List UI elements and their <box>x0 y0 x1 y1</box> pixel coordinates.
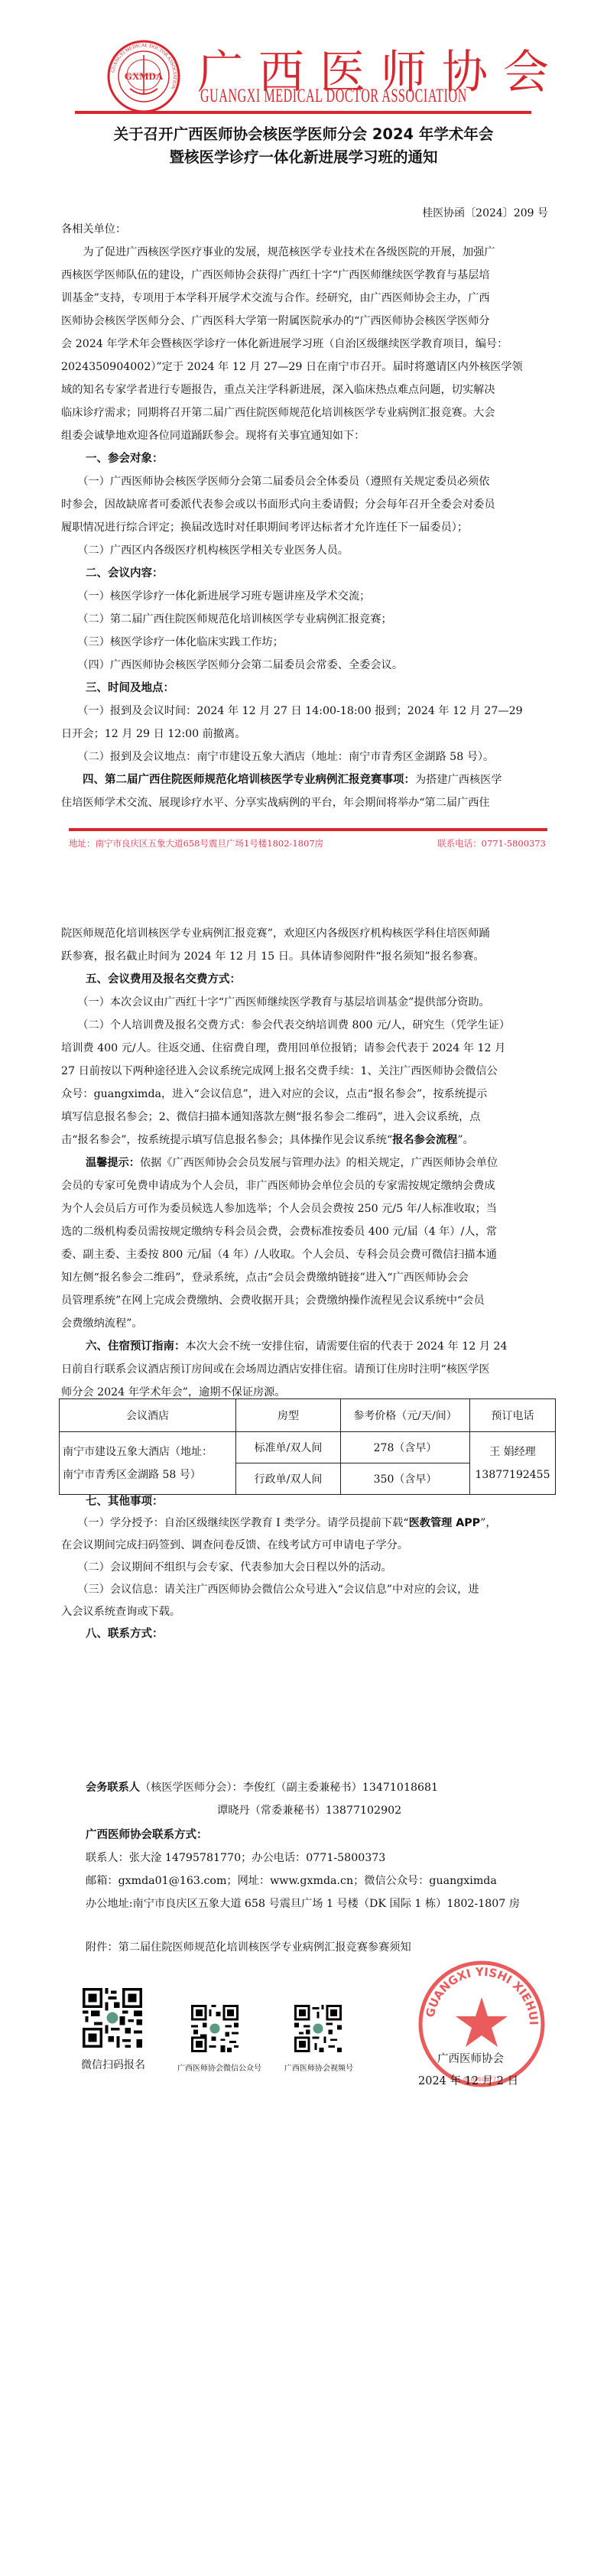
signature-org: 广西医师协会 <box>437 2050 504 2066</box>
text-line: 跃参赛，报名截止时间为 2024 年 12 月 15 日。具体请参阅附件“报名须… <box>61 950 485 963</box>
qr-code-video-channel[interactable] <box>294 2005 342 2052</box>
section-5-heading: 五、会议费用及报名交费方式： <box>86 973 241 986</box>
text-line: （三）核医学诊疗一体化临床实践工作坊； <box>61 635 284 649</box>
hotel-address: 南宁市青秀区金湖路 58 号） <box>63 1463 232 1486</box>
text-line: （一）核医学诊疗一体化新进展学习班专题讲座及学术交流； <box>61 590 370 603</box>
notice-title-line2: 暨核医学诊疗一体化新进展学习班的通知 <box>46 148 561 167</box>
footer-address: 地址：南宁市良庆区五象大道658号震旦广场1号楼1802-1807房 <box>69 837 323 849</box>
text-line: （一）报到及会议时间：2024 年 12 月 27 日 14:00-18:00 … <box>61 704 523 718</box>
booking-contact-phone: 13877192455 <box>473 1463 552 1486</box>
section-3-heading: 三、时间及地点： <box>86 681 174 695</box>
text-span: ”。 <box>457 1134 473 1146</box>
svg-text:GXMDA: GXMDA <box>125 70 164 82</box>
text-line: 选的二级机构委员需按规定缴纳专科会员会费，会费标准按委员 400 元/届（4 年… <box>61 1225 497 1239</box>
text-line: 组委会诚挚地欢迎各位同道踊跃参会。现将有关事宜通知如下： <box>61 429 365 443</box>
room-price: 350（含早） <box>341 1463 470 1495</box>
contact-email-web-line: 邮箱：gxmda01@163.com；网址：www.gxmda.cn；微信公众号… <box>86 1874 497 1888</box>
text-line: （二）报到及会议地点：南宁市建设五象大酒店（地址：南宁市青秀区金湖路 58 号）… <box>61 750 494 764</box>
text-line: 办公地址:南宁市良庆区五象大道 658 号震旦广场 1 号楼（DK 国际 1 栋… <box>86 1897 520 1911</box>
text-span: （核医学医师分会）：李俊红（副主委兼秘书）13471018681 <box>140 1782 438 1794</box>
text-line: 谭晓丹（常委兼秘书）13877102902 <box>217 1804 401 1817</box>
registration-flow-line: 击“报名参会”，按系统提示填写信息报名参会；具体操作见会议系统“报名参会流程”。 <box>61 1133 474 1147</box>
booking-contact-cell: 王 娟经理 13877192455 <box>470 1432 556 1495</box>
text-line: 委、副主委、主委按 800 元/届（4 年）/人收取。个人会员、专科会员会费可微… <box>61 1248 497 1262</box>
booking-contact-name: 王 娟经理 <box>473 1441 552 1463</box>
text-line: （四）广西医师协会核医学医师分会第二届委员会常委、全委会议。 <box>61 658 403 672</box>
text-line: （一）本次会议由广西红十字“广西医师继续医学教育与基层培训基金”提供部分资助。 <box>61 996 490 1009</box>
text-span: 击“报名参会”，按系统提示填写信息报名参会；具体操作见会议系统“ <box>61 1134 392 1146</box>
text-span: 依据《广西医师协会会员发展与管理办法》的相关规定，广西医师协会单位 <box>140 1157 498 1169</box>
qr-code-registration[interactable] <box>83 1988 142 2048</box>
text-line: 医师协会核医学医师分会、广西医科大学第一附属医院承办的“广西医师协会核医学医师分 <box>61 314 490 328</box>
document-number: 桂医协函〔2024〕209 号 <box>422 205 548 220</box>
column-header: 参考价格（元/天/间） <box>341 1399 470 1432</box>
text-line: 为个人会员后方可作为委员候选人参加选举；个人会员会费按 250 元/5 年/人标… <box>61 1202 497 1216</box>
attachment-note: 附件：第二届住院医师规范化培训核医学专业病例汇报竞赛参赛须知 <box>86 1941 411 1954</box>
association-contact-heading: 广西医师协会联系方式： <box>86 1828 208 1842</box>
room-type: 行政单/双人间 <box>236 1463 341 1495</box>
hotel-table: 会议酒店 房型 参考价格（元/天/间） 预订电话 南宁市建设五象大酒店（地址： … <box>59 1398 556 1495</box>
text-line: 西核医学医师队伍的建设，广西医师协会获得广西红十字“广西医师继续医学教育与基层培 <box>61 268 490 282</box>
text-line: 员管理系统”在网上完成会费缴纳、会费收据开具；会费缴纳操作流程见会议系统中“会员 <box>61 1294 485 1307</box>
hotel-name-cell: 南宁市建设五象大酒店（地址： 南宁市青秀区金湖路 58 号） <box>60 1432 236 1495</box>
text-span: ”， <box>480 1517 496 1529</box>
org-name-en: GUANGXI MEDICAL DOCTOR ASSOCIATION <box>200 86 506 108</box>
app-name: 医教管理 APP <box>409 1517 480 1529</box>
text-line: （二）第二届广西住院医师规范化培训核医学专业病例汇报竞赛； <box>61 612 392 626</box>
text-line: 2024350904002）”定于 2024 年 12 月 27—29 日在南宁… <box>61 360 523 374</box>
room-price: 278（含早） <box>341 1432 470 1463</box>
text-line: 培训费 400 元/人。往返交通、住宿费自理，费用回单位报销；请参会代表于 20… <box>61 1041 505 1055</box>
column-header: 房型 <box>236 1399 341 1432</box>
text-line: 临床诊疗需求；同期将召开第二届广西住院医师规范化培训核医学专业病例汇报竞赛。大会 <box>61 406 495 420</box>
tip-first-line: 温馨提示：依据《广西医师协会会员发展与管理办法》的相关规定，广西医师协会单位 <box>86 1156 498 1170</box>
section-8-heading: 八、联系方式： <box>86 1627 164 1641</box>
qr-code-icon <box>191 2005 239 2052</box>
header-divider <box>75 111 531 114</box>
text-line: 会 2024 年学术年会暨核医学诊疗一体化新进展学习班（自治区级继续医学教育项目… <box>61 337 508 351</box>
text-line: 训基金”支持，专项用于本学科开展学术交流与合作。经研究，由广西医师协会主办，广西 <box>61 291 490 305</box>
text-line: 时参会，因故缺席者可委派代表参会或以书面形式向主委请假；分会每年召开全委会对委员 <box>61 498 495 512</box>
footer-phone: 联系电话：0771-5800373 <box>437 837 546 849</box>
footer-divider <box>69 828 547 831</box>
contact-label: 会务联系人 <box>86 1782 140 1794</box>
conference-contact-line: 会务联系人（核医学医师分会）：李俊红（副主委兼秘书）13471018681 <box>86 1781 438 1795</box>
association-logo: GUANGXI MEDICAL DOCTOR ASSOCIATION GXMDA <box>107 40 180 113</box>
text-line: 域的知名专家学者进行专题报告，重点关注学科新进展，深入临床热点难点问题，切实解决 <box>61 383 495 397</box>
section-6-heading: 六、住宿预订指南： <box>86 1340 186 1353</box>
registration-flow-label: 报名参会流程 <box>392 1134 457 1146</box>
text-line: 27 日前按以下两种途径进入会议系统完成网上报名交费手续：1、关注广西医师协会微… <box>61 1064 498 1078</box>
qr-code-wechat-official[interactable] <box>191 2005 239 2052</box>
text-line: 日前自行联系会议酒店预订房间或在会场周边酒店安排住宿。请预订住房时注明“核医学医 <box>61 1363 490 1376</box>
text-line: 会费缴纳流程”。 <box>61 1317 143 1330</box>
gxmda-seal-icon: GUANGXI MEDICAL DOCTOR ASSOCIATION GXMDA <box>107 40 180 113</box>
salutation: 各相关单位： <box>61 223 126 236</box>
qr-code-icon <box>294 2005 342 2052</box>
qr-code-icon <box>83 1988 142 2048</box>
hotel-name: 南宁市建设五象大酒店（地址： <box>63 1441 232 1463</box>
text-line: 联系人：张大淦 14795781770；办公电话：0771-5800373 <box>86 1851 385 1865</box>
text-line: 入会议系统查询或下载。 <box>61 1605 180 1619</box>
qr-label-wechat-official: 广西医师协会微信公众号 <box>177 2061 254 2073</box>
text-line: 在会议期间完成扫码签到、调查问卷反馈、在线考试方可申请电子学分。 <box>61 1538 408 1552</box>
official-stamp: GUANGXI YISHI XIEHUI 广西医师协会 0100609771 <box>417 1959 547 2089</box>
text-span: （一）学分授予：自治区级继续医学教育 I 类学分。请学员提前下载“ <box>61 1517 409 1529</box>
text-line: （一）广西医师协会核医学医师分会第二届委员会全体委员（遵照有关规定委员必须依 <box>61 475 489 489</box>
column-header: 会议酒店 <box>60 1399 236 1432</box>
text-line: 会员的专家可免费申请成为个人会员，非广西医师协会单位会员的专家需按规定缴纳会费成 <box>61 1179 495 1193</box>
text-line: 填写信息报名参会；2、微信扫描本通知落款左侧“报名参会二维码”，进入会议系统，点 <box>61 1110 480 1124</box>
text-line: 知左侧“报名参会二维码”，登录系统，点击“会员会费缴纳链接”进入“广西医师协会会 <box>61 1271 469 1285</box>
section-4-first-line: 四、第二届广西住院医师规范化培训核医学专业病例汇报竞赛事项：为搭建广西核医学 <box>83 773 502 787</box>
text-line: （二）个人培训费及报名交费方式：参会代表交纳培训费 800 元/人，研究生（凭学… <box>61 1018 510 1032</box>
qr-label-video-channel: 广西医师协会视频号 <box>283 2061 355 2073</box>
section-7-heading: 七、其他事项： <box>86 1495 164 1509</box>
text-line: 众号：guangximda，进入“会议信息”，进入对应的会议，点击“报名参会”，… <box>61 1087 487 1101</box>
text-line: （二）广西区内各级医疗机构核医学相关专业医务人员。 <box>61 544 349 557</box>
text-span: 为搭建广西核医学 <box>415 774 502 786</box>
qr-label-registration: 微信扫码报名 <box>73 2057 153 2072</box>
text-line: 为了促进广西核医学医疗事业的发展，规范核医学专业技术在各级医院的开展，加强广 <box>61 245 495 259</box>
text-line: （三）会议信息：请关注广西医师协会微信公众号进入“会议信息”中对应的会议，进 <box>61 1583 479 1597</box>
section-4-heading: 四、第二届广西住院医师规范化培训核医学专业病例汇报竞赛事项： <box>83 774 415 786</box>
column-header: 预订电话 <box>470 1399 556 1432</box>
text-line: 院医师规范化培训核医学专业病例汇报竞赛”，欢迎区内各级医疗机构核医学科住培医师踊 <box>61 927 490 940</box>
notice-title-line1: 关于召开广西医师协会核医学医师分会 2024 年学术年会 <box>46 125 561 145</box>
text-line: 日开会；12 月 29 日 12:00 前撤离。 <box>61 727 245 741</box>
red-seal-icon: GUANGXI YISHI XIEHUI 广西医师协会 0100609771 <box>417 1959 547 2089</box>
text-line: 住培医师学术交流、展现诊疗水平、分享实战病例的平台，年会期间将举办“第二届广西住 <box>61 796 490 810</box>
tip-label: 温馨提示： <box>86 1157 140 1169</box>
text-line: 师分会 2024 年学术年会”，逾期不保证房源。 <box>61 1385 286 1399</box>
text-span: 本次大会不统一安排住宿，请需要住宿的代表于 2024 年 12 月 24 <box>186 1340 508 1353</box>
table-header-row: 会议酒店 房型 参考价格（元/天/间） 预订电话 <box>60 1399 556 1432</box>
signature-date: 2024 年 12 月 2 日 <box>418 2072 518 2088</box>
section-2-heading: 二、会议内容： <box>86 567 164 580</box>
room-type: 标准单/双人间 <box>236 1432 341 1463</box>
text-line: （二）会议期间不组织与会专家、代表参加大会日程以外的活动。 <box>61 1561 392 1574</box>
text-line: 履职情况进行综合评定；换届改选时对任职期间考评达标者才允许连任下一届委员）； <box>61 521 468 534</box>
credit-line: （一）学分授予：自治区级继续医学教育 I 类学分。请学员提前下载“医教管理 AP… <box>61 1516 497 1530</box>
table-row: 南宁市建设五象大酒店（地址： 南宁市青秀区金湖路 58 号） 标准单/双人间 2… <box>60 1432 556 1463</box>
section-6-first-line: 六、住宿预订指南：本次大会不统一安排住宿，请需要住宿的代表于 2024 年 12… <box>86 1340 508 1353</box>
section-1-heading: 一、参会对象： <box>86 452 164 466</box>
